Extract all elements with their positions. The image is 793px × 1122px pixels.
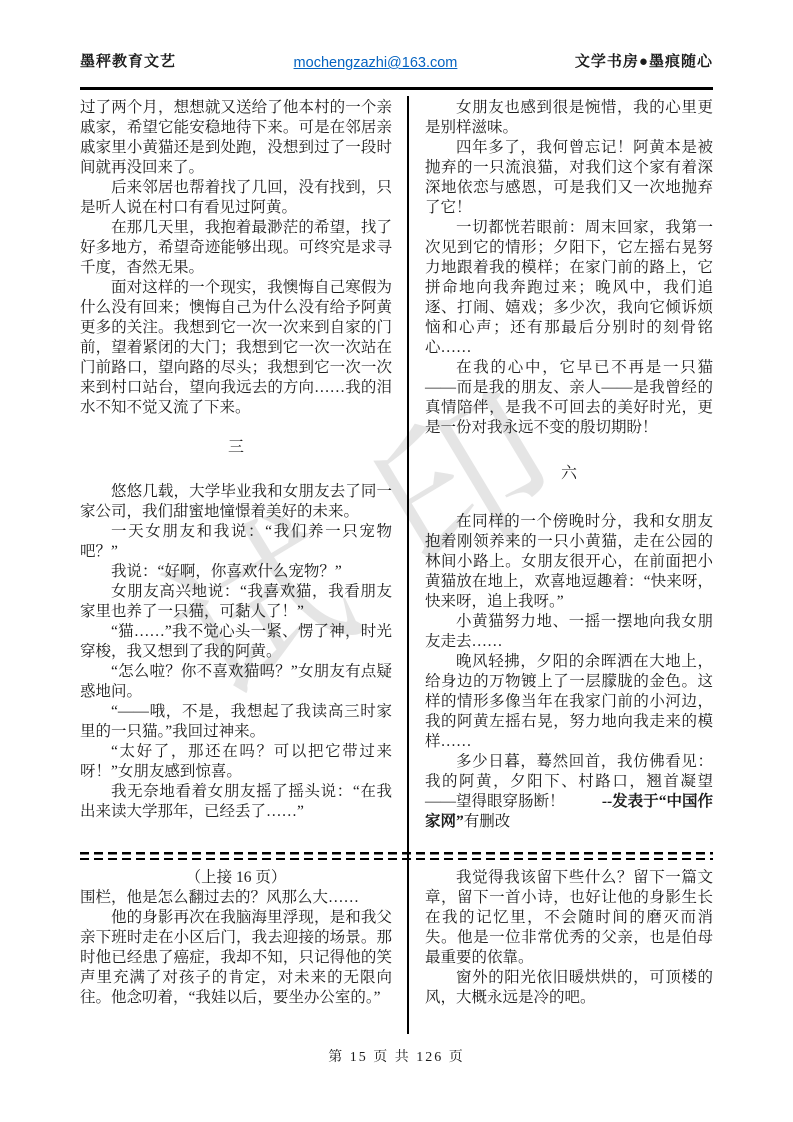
paragraph: 在那几天里，我抱着最渺茫的希望，找了好多地方，希望奇迹能够出现。可终究是求寻千度… [80, 218, 392, 278]
lower-left-column: （上接 16 页） 围栏，他是怎么翻过去的？风那么大…… 他的身影再次在我脑海里… [80, 868, 392, 1008]
paragraph: 我说：“好啊，你喜欢什么宠物？” [80, 562, 392, 582]
lower-section: （上接 16 页） 围栏，他是怎么翻过去的？风那么大…… 他的身影再次在我脑海里… [80, 868, 713, 1008]
paragraph: “——哦，不是，我想起了我读高三时家里的一只猫。”我回过神来。 [80, 702, 392, 742]
paragraph: 我觉得我该留下些什么？留下一篇文章，留下一首小诗，也好让他的身影生长在我的记忆里… [425, 868, 713, 968]
footer-page-info: 第 15 页 共 126 页 [0, 1046, 793, 1066]
section-heading-three: 三 [80, 438, 392, 458]
paragraph: 四年多了，我何曾忘记！阿黄本是被抛弃的一只流浪猫，对我们这个家有着深深地依恋与感… [425, 138, 713, 218]
paragraph: 面对这样的一个现实，我懊悔自己寒假为什么没有回来；懊悔自己为什么没有给予阿黄更多… [80, 278, 392, 418]
upper-left-column: 过了两个月，想想就又送给了他本村的一个亲戚家，希望它能安稳地待下来。可是在邻居亲… [80, 98, 392, 822]
upper-right-column: 女朋友也感到很是惋惜，我的心里更是别样滋味。 四年多了，我何曾忘记！阿黄本是被抛… [425, 98, 713, 832]
paragraph: 女朋友也感到很是惋惜，我的心里更是别样滋味。 [425, 98, 713, 138]
paragraph: 一切都恍若眼前：周末回家，我第一次见到它的情形；夕阳下，它左摇右晃努力地跟着我的… [425, 218, 713, 358]
paragraph: “怎么啦？你不喜欢猫吗？”女朋友有点疑惑地问。 [80, 662, 392, 702]
paragraph: 过了两个月，想想就又送给了他本村的一个亲戚家，希望它能安稳地待下来。可是在邻居亲… [80, 98, 392, 178]
paragraph: “太好了，那还在吗？可以把它带过来呀！”女朋友感到惊喜。 [80, 742, 392, 782]
page-header: 墨秤教育文艺 mochengzazhi@163.com 文学书房●墨痕随心 [80, 50, 713, 71]
attribution-note: 有删改 [464, 813, 511, 830]
paragraph: 窗外的阳光依旧暖烘烘的，可顶楼的风，大概永远是冷的吧。 [425, 968, 713, 1008]
paragraph: 小黄猫努力地、一摇一摆地向我女朋友走去…… [425, 612, 713, 652]
paragraph: 悠悠几载，大学毕业我和女朋友去了同一家公司，我们甜蜜地憧憬着美好的未来。 [80, 482, 392, 522]
header-right-title: 文学书房●墨痕随心 [575, 50, 713, 71]
closing-paragraph: 多少日暮，蓦然回首，我仿佛看见：我的阿黄，夕阳下、村路口，翘首凝望——望得眼穿肠… [425, 752, 713, 832]
continued-from-note: （上接 16 页） [80, 868, 392, 888]
upper-section: 过了两个月，想想就又送给了他本村的一个亲戚家，希望它能安稳地待下来。可是在邻居亲… [80, 98, 713, 832]
paragraph: 晚风轻拂，夕阳的余晖洒在大地上，给身边的万物镀上了一层朦胧的金色。这样的情形多像… [425, 652, 713, 752]
dashed-separator [80, 852, 713, 860]
header-left-title: 墨秤教育文艺 [80, 50, 176, 71]
paragraph: 一天女朋友和我说：“我们养一只宠物吧？” [80, 522, 392, 562]
section-heading-six: 六 [425, 464, 713, 484]
lower-right-column: 我觉得我该留下些什么？留下一篇文章，留下一首小诗，也好让他的身影生长在我的记忆里… [425, 868, 713, 1008]
paragraph: 在同样的一个傍晚时分，我和女朋友抱着刚领养来的一只小黄猫，走在公园的林间小路上。… [425, 512, 713, 612]
paragraph: 围栏，他是怎么翻过去的？风那么大…… [80, 888, 392, 908]
paragraph: “猫……”我不觉心头一紧、愣了神，时光穿梭，我又想到了我的阿黄。 [80, 622, 392, 662]
paragraph: 女朋友高兴地说：“我喜欢猫，我看朋友家里也养了一只猫，可黏人了！” [80, 582, 392, 622]
paragraph: 后来邻居也帮着找了几回，没有找到，只是听人说在村口有看见过阿黄。 [80, 178, 392, 218]
magazine-page: 试印 墨秤教育文艺 mochengzazhi@163.com 文学书房●墨痕随心… [0, 0, 793, 1122]
paragraph: 我无奈地看着女朋友摇了摇头说：“在我出来读大学那年，已经丢了……” [80, 782, 392, 822]
header-rule [80, 87, 713, 90]
paragraph: 在我的心中，它早已不再是一只猫——而是我的朋友、亲人——是我曾经的真情陪伴，是我… [425, 358, 713, 438]
paragraph: 他的身影再次在我脑海里浮现，是和我父亲下班时走在小区后门，我去迎接的场景。那时他… [80, 908, 392, 1008]
header-email-link[interactable]: mochengzazhi@163.com [294, 55, 458, 71]
